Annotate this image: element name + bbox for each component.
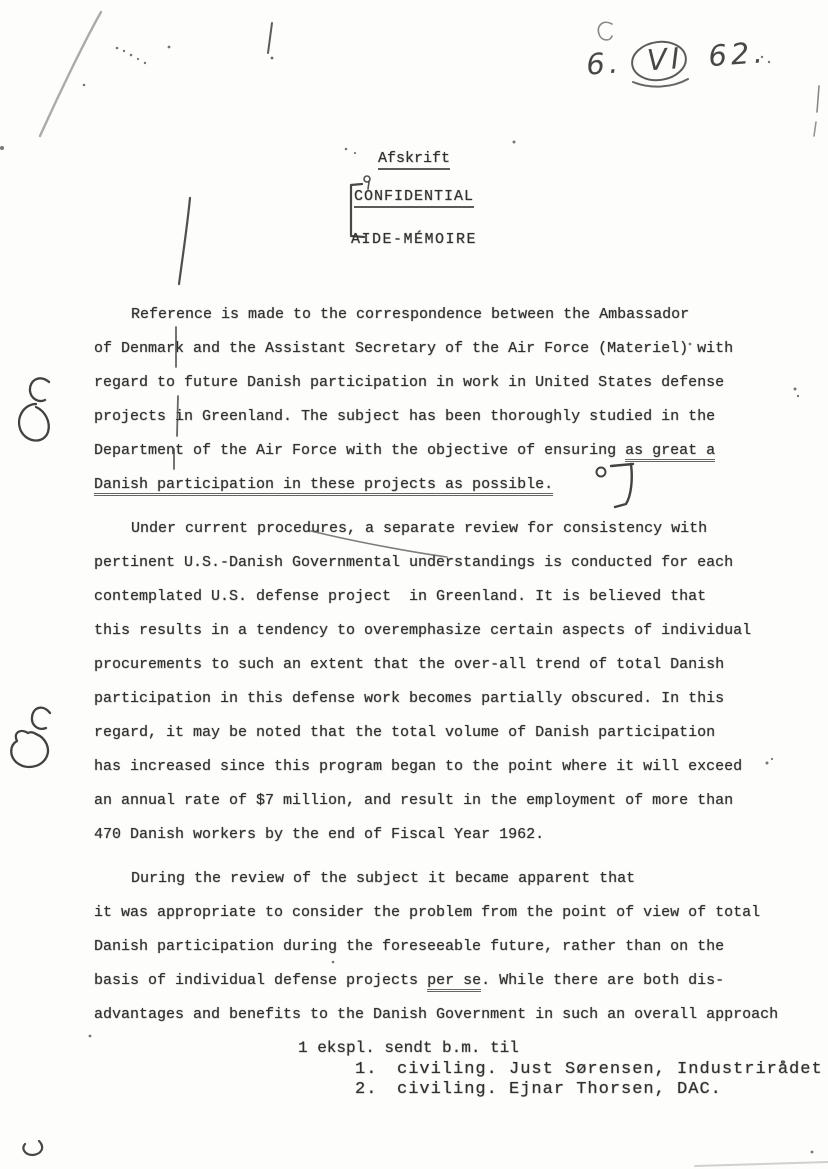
classification-heading: CONFIDENTIAL — [0, 188, 828, 205]
text-line: pertinent U.S.-Danish Governmental under… — [94, 546, 800, 580]
distribution-item: 1.civiling. Just Sørensen, Industrirådet — [355, 1060, 823, 1080]
scribble-mark — [598, 22, 612, 40]
distribution-header: 1 ekspl. sendt b.m. til — [298, 1036, 823, 1060]
edge-artifact — [817, 86, 819, 112]
text-line: advantages and benefits to the Danish Go… — [94, 998, 800, 1032]
distribution-items: 1.civiling. Just Sørensen, Industrirådet… — [298, 1060, 823, 1100]
text-line: this results in a tendency to overemphas… — [94, 614, 800, 648]
transcript-heading: Afskrift — [0, 150, 828, 167]
text-line: an annual rate of $7 million, and result… — [94, 784, 800, 818]
text-line: Danish participation in these projects a… — [94, 468, 800, 502]
underlined-phrase: as great a — [625, 442, 715, 462]
text-line: During the review of the subject it beca… — [94, 862, 800, 896]
paragraph-2: Under current procedures, a separate rev… — [94, 512, 800, 852]
distribution-item: 2.civiling. Ejnar Thorsen, DAC. — [355, 1080, 823, 1100]
text-line: Department of the Air Force with the obj… — [94, 434, 800, 468]
handwritten-date: 6. VI 62. — [585, 32, 807, 81]
text-line: Danish participation during the foreseea… — [94, 930, 800, 964]
text-line: contemplated U.S. defense project in Gre… — [94, 580, 800, 614]
text-line: regard to future Danish participation in… — [94, 366, 800, 400]
date-underline-flourish — [633, 79, 688, 87]
edge-artifact — [695, 1162, 828, 1166]
distribution-list: 1 ekspl. sendt b.m. til 1.civiling. Just… — [298, 1036, 823, 1100]
transcript-heading-text: Afskrift — [378, 150, 450, 170]
text-line: Under current procedures, a separate rev… — [94, 512, 800, 546]
text-line: it was appropriate to consider the probl… — [94, 896, 800, 930]
text-line: 470 Danish workers by the end of Fiscal … — [94, 818, 800, 852]
text-line: procurements to such an extent that the … — [94, 648, 800, 682]
text-line: regard, it may be noted that the total v… — [94, 716, 800, 750]
bottom-curl-mark — [23, 1141, 42, 1155]
text-line: has increased since this program began t… — [94, 750, 800, 784]
paragraph-1: Reference is made to the correspondence … — [94, 298, 800, 502]
text-line: basis of individual defense projects per… — [94, 964, 800, 998]
underlined-phrase: Danish participation in these projects a… — [94, 476, 553, 496]
paragraph-3: During the review of the subject it beca… — [94, 862, 800, 1032]
margin-squiggle — [19, 404, 49, 441]
text-line: Reference is made to the correspondence … — [94, 298, 800, 332]
scanned-document-page: 6. VI 62. Afskrift CONFIDENTIAL AIDE-MÉM… — [0, 0, 828, 1169]
text-line: projects in Greenland. The subject has b… — [94, 400, 800, 434]
pen-tick-mark — [268, 23, 272, 53]
margin-squiggle — [11, 731, 48, 767]
text-line: of Denmark and the Assistant Secretary o… — [94, 332, 800, 366]
classification-text: CONFIDENTIAL — [354, 188, 474, 208]
edge-artifact — [814, 122, 816, 136]
text-line: participation in this defense work becom… — [94, 682, 800, 716]
margin-squiggle — [32, 708, 50, 729]
document-title: AIDE-MÉMOIRE — [0, 231, 828, 248]
document-body: Reference is made to the correspondence … — [94, 298, 800, 1032]
margin-squiggle — [30, 378, 49, 401]
superscript-mark — [364, 176, 370, 182]
underlined-phrase: per se — [427, 972, 481, 992]
scan-crease-line — [40, 12, 101, 136]
